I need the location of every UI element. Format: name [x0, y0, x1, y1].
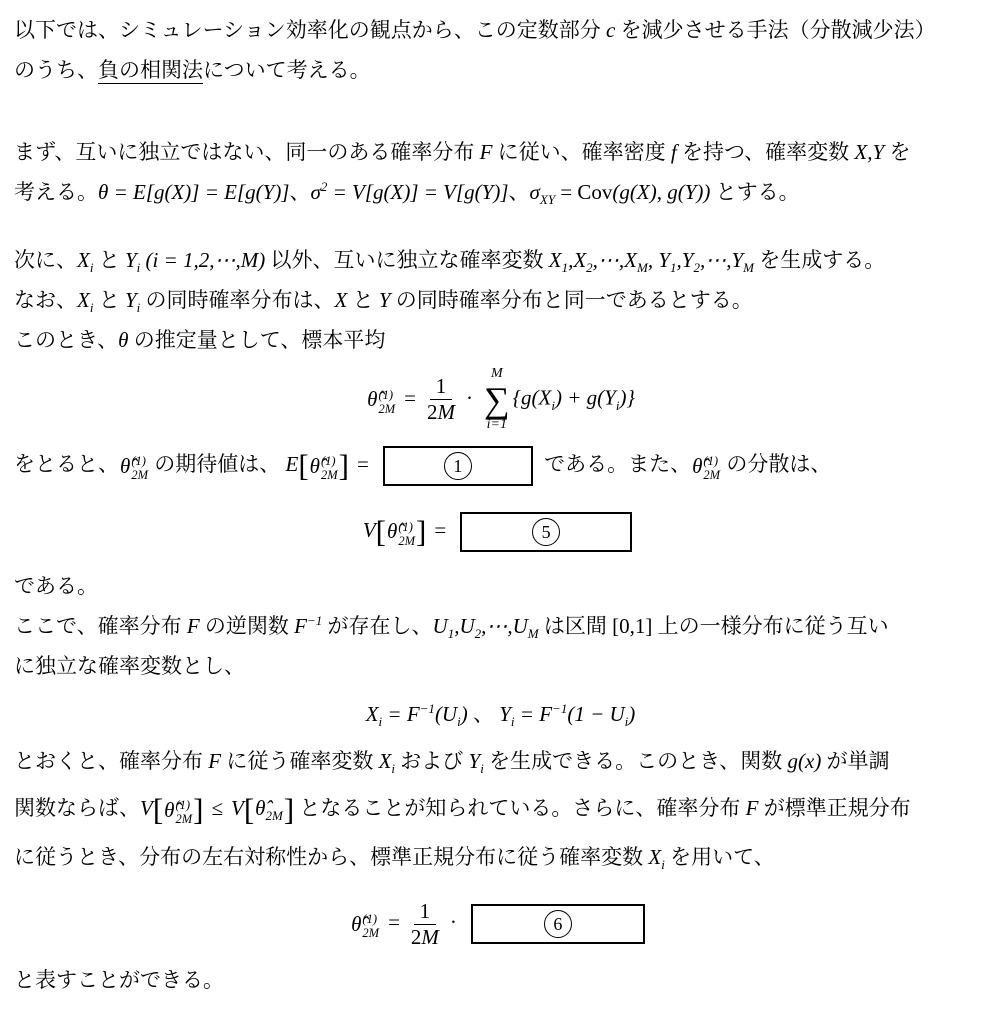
- superscript-1: (1): [378, 388, 393, 402]
- math-run: Y: [658, 248, 670, 272]
- answer-box-1: 1: [383, 446, 533, 486]
- text-run: 、: [509, 180, 530, 204]
- text-run: および: [395, 749, 469, 773]
- math-run: θ̂: [310, 446, 320, 486]
- theta-hat-2m-1: θ̂(1)2M: [164, 787, 192, 834]
- text-run: の逆関数: [200, 614, 295, 638]
- answer-box-6: 6: [471, 904, 645, 944]
- text-line: 関数ならば、V[θ̂(1)2M]≤V[θ̂2M] となることが知られている。さら…: [14, 785, 987, 834]
- math-run: 2: [411, 925, 422, 949]
- math-run: (i = 1,2,⋯,M): [140, 248, 270, 272]
- text-run: を生成できる。このとき、関数: [484, 749, 788, 773]
- right-bracket: ]: [416, 514, 426, 549]
- text-line: なお、Xi と Yi の同時確率分布は、X と Y の同時確率分布と同一であると…: [14, 280, 987, 320]
- paragraph-monotone: とおくと、確率分布 F に従う確率変数 Xi および Yi を生成できる。このと…: [14, 738, 987, 881]
- math-run: Y: [731, 248, 743, 272]
- circled-number-1: 1: [444, 452, 472, 480]
- text-run: の推定量として、標本平均: [129, 328, 386, 352]
- right-bracket: ]: [339, 448, 349, 483]
- text-run: である。: [14, 574, 98, 598]
- text-line: このとき、θ の推定量として、標本平均: [14, 320, 987, 360]
- paragraph-expectation: をとると、θ̂(1)2M の期待値は、 E[θ̂(1)2M]=1 である。また、…: [14, 444, 987, 486]
- variance-operator: V: [363, 518, 376, 542]
- text-run: とする。: [710, 180, 799, 204]
- less-equal-sign: ≤: [211, 796, 223, 820]
- left-bracket: [: [153, 792, 163, 827]
- text-run: の期待値は、: [149, 452, 286, 476]
- math-run: {g(X: [513, 386, 552, 410]
- text-run: と: [347, 288, 379, 312]
- text-run: 以外、互いに独立な確率変数: [271, 248, 549, 272]
- equals-sign: =: [434, 518, 446, 542]
- math-run: = F: [515, 702, 553, 726]
- text-line: 考える。θ = E[g(X)] = E[g(Y)]、σ2 = V[g(X)] =…: [14, 172, 987, 212]
- subscript-2m: 2M: [703, 468, 720, 482]
- numerator: 1: [414, 899, 437, 925]
- superscript-1: (1): [703, 454, 718, 468]
- superscript-1: (1): [398, 520, 413, 534]
- math-run: M: [421, 925, 439, 949]
- text-line: に独立な確率変数とし、: [14, 646, 987, 686]
- fraction-1-over-2m: 12M: [408, 899, 442, 950]
- math-run: = Cov: [555, 180, 612, 204]
- superscript-1: (1): [131, 454, 146, 468]
- text-run: 上の一様分布に従う互い: [652, 614, 888, 638]
- var-Xi: X: [77, 248, 90, 272]
- fraction-1-over-2m: 12M: [424, 374, 458, 425]
- text-run: を生成する。: [754, 248, 885, 272]
- formula-symmetry: θ̂(1)2M=12M·6: [14, 899, 987, 950]
- equals-sign: =: [404, 386, 416, 410]
- text-run: は区間: [539, 614, 613, 638]
- var-Xi: X: [648, 845, 661, 869]
- math-run: ): [461, 702, 468, 726]
- denominator: 2M: [424, 400, 458, 425]
- text-line: ここで、確率分布 F の逆関数 F−1 が存在し、U1,U2,⋯,UM は区間 …: [14, 606, 987, 646]
- math-run: ,⋯,: [700, 248, 732, 272]
- math-run: 2: [427, 400, 438, 424]
- math-run: ,⋯,: [481, 614, 513, 638]
- math-run: θ̂: [387, 521, 397, 542]
- text-run: に従う確率変数: [221, 749, 379, 773]
- var-Yi: Y: [469, 749, 481, 773]
- text-run: である。また、: [539, 452, 691, 476]
- paragraph-intro: 以下では、シミュレーション効率化の観点から、この定数部分 c を減少させる手法（…: [14, 10, 987, 90]
- superscript-minus1: −1: [420, 701, 435, 716]
- text-line: まず、互いに独立ではない、同一のある確率分布 F に従い、確率密度 f を持つ、…: [14, 132, 987, 172]
- text-run: となることが知られている。さらに、確率分布: [294, 796, 746, 820]
- right-bracket: ]: [193, 792, 203, 827]
- subscript: M: [637, 260, 648, 275]
- math-run: U: [433, 614, 448, 638]
- text-run: の分散は、: [721, 452, 831, 476]
- var-gx: g(x): [788, 749, 822, 773]
- text-run: を用いて、: [665, 845, 775, 869]
- text-run: と表すことができる。: [14, 968, 224, 992]
- math-run: θ̂: [351, 914, 361, 935]
- text-run: を持つ、確率変数: [677, 140, 855, 164]
- circled-number-5: 5: [532, 518, 560, 546]
- math-run: ) + g(Y: [555, 386, 616, 410]
- text-run: が標準正規分布: [759, 796, 911, 820]
- theta-hat-2m-1: θ̂(1)2M: [387, 518, 415, 547]
- var-F-inverse: F: [294, 614, 307, 638]
- superscript-minus1: −1: [552, 701, 567, 716]
- subscript: M: [528, 626, 539, 641]
- left-bracket: [: [244, 792, 254, 827]
- subscript-2m: 2M: [131, 468, 148, 482]
- text-run: に従うとき、分布の左右対称性から、標準正規分布に従う確率変数: [14, 845, 648, 869]
- text-run: ここで、確率分布: [14, 614, 187, 638]
- variance-operator: V: [231, 796, 244, 820]
- subscript-2m: 2M: [398, 534, 415, 548]
- text-run: をとると、: [14, 452, 119, 476]
- math-run: ): [628, 702, 635, 726]
- math-run: (U: [435, 702, 457, 726]
- theta-hat-2m-1: θ̂(1)2M: [310, 446, 338, 486]
- paragraph-closing: と表すことができる。: [14, 960, 987, 1000]
- document-page: 以下では、シミュレーション効率化の観点から、この定数部分 c を減少させる手法（…: [0, 0, 1001, 1010]
- var-Y: Y: [379, 288, 391, 312]
- var-Yi: Y: [125, 248, 137, 272]
- math-run: U: [513, 614, 528, 638]
- formula-variance: V[θ̂(1)2M]=5: [14, 512, 987, 552]
- text-line: である。: [14, 566, 987, 606]
- text-run: の同時確率分布と同一であるとする。: [391, 288, 753, 312]
- var-Yi: Y: [125, 288, 137, 312]
- math-run: X: [573, 248, 586, 272]
- var-c: c: [606, 18, 615, 42]
- math-run: θ̂: [120, 446, 130, 486]
- text-run: まず、互いに独立ではない、同一のある確率分布: [14, 140, 480, 164]
- text-run: このとき、: [14, 328, 118, 352]
- math-run: X: [366, 702, 379, 726]
- subscript-2m: 2M: [362, 926, 379, 940]
- text-run: のうち、: [14, 58, 98, 82]
- var-sigma-xy: σ: [530, 180, 540, 204]
- subscript-2m: 2M: [266, 808, 283, 823]
- math-run: ,⋯,: [593, 248, 625, 272]
- math-run: θ = E[g(X)] = E[g(Y)]: [98, 180, 289, 204]
- subscript-2m: 2M: [378, 402, 395, 416]
- left-bracket: [: [298, 448, 308, 483]
- theta-hat-2m-1: θ̂(1)2M: [351, 910, 379, 939]
- paragraph-inverse-function: ここで、確率分布 F の逆関数 F−1 が存在し、U1,U2,⋯,UM は区間 …: [14, 606, 987, 686]
- math-run: = F: [382, 702, 420, 726]
- text-run: なお、: [14, 288, 77, 312]
- text-run: と: [93, 288, 125, 312]
- underlined-term-negative-correlation: 負の相関法: [98, 58, 203, 84]
- var-sigma: σ: [310, 180, 320, 204]
- variance-operator: V: [140, 796, 153, 820]
- text-run: が存在し、: [322, 614, 432, 638]
- superscript-1: (1): [321, 454, 336, 468]
- numerator: 1: [430, 374, 453, 400]
- text-line: とおくと、確率分布 F に従う確率変数 Xi および Yi を生成できる。このと…: [14, 738, 987, 785]
- text-run: 次に、: [14, 248, 77, 272]
- text-line: と表すことができる。: [14, 960, 987, 1000]
- left-bracket: [: [376, 514, 386, 549]
- var-XY: X,Y: [854, 140, 884, 164]
- text-line: 以下では、シミュレーション効率化の観点から、この定数部分 c を減少させる手法（…: [14, 10, 987, 50]
- var-F: F: [746, 796, 759, 820]
- subscript-xy: XY: [540, 192, 555, 207]
- math-run: Y: [682, 248, 694, 272]
- text-run: と: [93, 248, 125, 272]
- formula-inverse-transform: Xi = F−1(Ui) 、 Yi = F−1(1 − Ui): [14, 696, 987, 732]
- theta-hat-2m-1: θ̂(1)2M: [367, 386, 395, 415]
- text-run: を減少させる手法（分散減少法）: [615, 18, 935, 42]
- interval-01: [0,1]: [612, 614, 652, 638]
- text-run: を: [884, 140, 910, 164]
- math-run: M: [437, 400, 455, 424]
- denominator: 2M: [408, 925, 442, 950]
- var-F: F: [208, 749, 221, 773]
- dot-operator: ·: [450, 910, 457, 934]
- subscript: M: [743, 260, 754, 275]
- expectation-operator: E: [286, 452, 299, 476]
- paragraph-dearu: である。: [14, 566, 987, 606]
- math-run: ,: [648, 248, 659, 272]
- math-run: (g(X), g(Y)): [612, 180, 710, 204]
- var-F: F: [187, 614, 200, 638]
- var-Xi: X: [379, 749, 392, 773]
- text-run: の同時確率分布は、: [140, 288, 334, 312]
- text-run: について考える。: [203, 58, 371, 82]
- equals-sign: =: [357, 452, 369, 476]
- text-line: に従うとき、分布の左右対称性から、標準正規分布に従う確率変数 Xi を用いて、: [14, 834, 987, 881]
- paragraph-generation: 次に、Xi と Yi (i = 1,2,⋯,M) 以外、互いに独立な確率変数 X…: [14, 240, 987, 360]
- right-bracket: ]: [284, 792, 294, 827]
- math-run: U: [459, 614, 474, 638]
- math-run: θ̂: [692, 446, 702, 486]
- equals-sign: =: [388, 910, 400, 934]
- text-run: に従い、確率密度: [492, 140, 671, 164]
- text-run: 、: [289, 180, 310, 204]
- var-theta: θ: [118, 328, 128, 352]
- summation: M∑i=1: [484, 366, 510, 434]
- text-line: をとると、θ̂(1)2M の期待値は、 E[θ̂(1)2M]=1 である。また、…: [14, 444, 987, 486]
- dot-operator: ·: [466, 386, 473, 410]
- paragraph-setup: まず、互いに独立ではない、同一のある確率分布 F に従い、確率密度 f を持つ、…: [14, 132, 987, 212]
- var-F: F: [480, 140, 493, 164]
- subscript-2m: 2M: [321, 468, 338, 482]
- text-run: が単調: [821, 749, 889, 773]
- var-X: X: [335, 288, 348, 312]
- math-run: Y: [499, 702, 511, 726]
- text-run: 以下では、シミュレーション効率化の観点から、この定数部分: [14, 18, 606, 42]
- text-run: 考える。: [14, 180, 98, 204]
- superscript-1: (1): [362, 912, 377, 926]
- text-run: 、: [468, 702, 500, 726]
- formula-estimator-definition: θ̂(1)2M=12M·M∑i=1{g(Xi) + g(Yi)}: [14, 366, 987, 434]
- theta-hat-2m: θ̂2M: [255, 785, 283, 832]
- text-line: のうち、負の相関法について考える。: [14, 50, 987, 90]
- text-run: とおくと、確率分布: [14, 749, 208, 773]
- superscript-1: (1): [175, 798, 190, 812]
- sum-lower-limit: i=1: [487, 417, 507, 434]
- text-line: 次に、Xi と Yi (i = 1,2,⋯,M) 以外、互いに独立な確率変数 X…: [14, 240, 987, 280]
- sigma-symbol: ∑: [484, 383, 510, 417]
- answer-box-5: 5: [460, 512, 632, 552]
- superscript-minus1: −1: [307, 613, 322, 628]
- math-run: X: [549, 248, 562, 272]
- circled-number-6: 6: [544, 910, 572, 938]
- math-run: )}: [619, 386, 634, 410]
- var-Xi: X: [77, 288, 90, 312]
- math-run: θ̂: [255, 796, 265, 820]
- text-run: 関数ならば、: [14, 796, 140, 820]
- theta-hat-2m-1: θ̂(1)2M: [692, 446, 720, 486]
- text-run: に独立な確率変数とし、: [14, 654, 245, 678]
- subscript-2m: 2M: [175, 812, 192, 826]
- math-run: θ̂: [367, 389, 377, 410]
- math-run: (1 − U: [567, 702, 624, 726]
- theta-hat-2m-1: θ̂(1)2M: [120, 446, 148, 486]
- math-run: X: [624, 248, 637, 272]
- math-run: θ̂: [164, 787, 174, 834]
- math-run: = V[g(X)] = V[g(Y)]: [327, 180, 508, 204]
